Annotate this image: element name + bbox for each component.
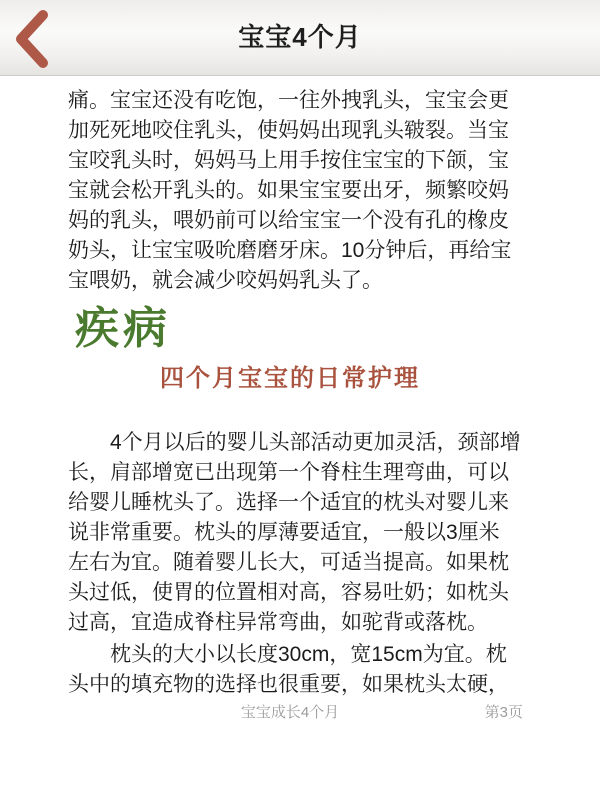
text-line: 4个月以后的婴儿头部活动更加灵活，颈部增 <box>68 428 512 458</box>
reader-page: 痛。宝宝还没有吃饱，一往外拽乳头，宝宝会更加死死地咬住乳头，使妈妈出现乳头皲裂。… <box>0 76 600 730</box>
text-line: 加死死地咬住乳头，使妈妈出现乳头皲裂。当宝 <box>68 116 512 146</box>
chevron-left-icon <box>12 8 52 70</box>
text-line: 头过低，使胃的位置相对高，容易吐奶；如枕头 <box>68 578 512 608</box>
text-line: 长，肩部增宽已出现第一个脊柱生理弯曲，可以 <box>68 458 512 488</box>
back-button[interactable] <box>8 8 56 72</box>
navigation-bar: 宝宝4个月 <box>0 0 600 76</box>
text-line: 宝咬乳头时，妈妈马上用手按住宝宝的下颌，宝 <box>68 146 512 176</box>
text-line: 妈的乳头，喂奶前可以给宝宝一个没有孔的橡皮 <box>68 206 512 236</box>
paragraph-1: 痛。宝宝还没有吃饱，一往外拽乳头，宝宝会更加死死地咬住乳头，使妈妈出现乳头皲裂。… <box>68 86 512 296</box>
text-line: 宝就会松开乳头的。如果宝宝要出牙，频繁咬妈 <box>68 176 512 206</box>
paragraph-2: 4个月以后的婴儿头部活动更加灵活，颈部增长，肩部增宽已出现第一个脊柱生理弯曲，可… <box>68 428 512 638</box>
text-line: 宝喂奶，就会减少咬妈妈乳头了。 <box>68 266 512 296</box>
ebook-reader-screen: 宝宝4个月 痛。宝宝还没有吃饱，一往外拽乳头，宝宝会更加死死地咬住乳头，使妈妈出… <box>0 0 600 800</box>
section-heading: 疾病 <box>75 304 512 354</box>
text-line: 说非常重要。枕头的厚薄要适宜，一般以3厘米 <box>68 518 512 548</box>
text-line: 给婴儿睡枕头了。选择一个适宜的枕头对婴儿来 <box>68 488 512 518</box>
text-line: 痛。宝宝还没有吃饱，一往外拽乳头，宝宝会更 <box>68 86 512 116</box>
sub-heading: 四个月宝宝的日常护理 <box>68 364 512 394</box>
page-footer: 宝宝成长4个月 第3页 <box>68 700 512 730</box>
text-line: 过高，宜造成脊柱异常弯曲，如驼背或落枕。 <box>68 608 512 638</box>
text-line: 枕头的大小以长度30cm，宽15cm为宜。枕 <box>68 640 512 670</box>
paragraph-3: 枕头的大小以长度30cm，宽15cm为宜。枕头中的填充物的选择也很重要，如果枕头… <box>68 640 512 700</box>
page-number: 第3页 <box>485 703 523 723</box>
text-line: 左右为宜。随着婴儿长大，可适当提高。如果枕 <box>68 548 512 578</box>
text-line: 头中的填充物的选择也很重要，如果枕头太硬， <box>68 670 512 700</box>
page-title: 宝宝4个月 <box>0 0 600 74</box>
book-title: 宝宝成长4个月 <box>68 703 512 723</box>
text-line: 奶头，让宝宝吸吮磨磨牙床。10分钟后，再给宝 <box>68 236 512 266</box>
